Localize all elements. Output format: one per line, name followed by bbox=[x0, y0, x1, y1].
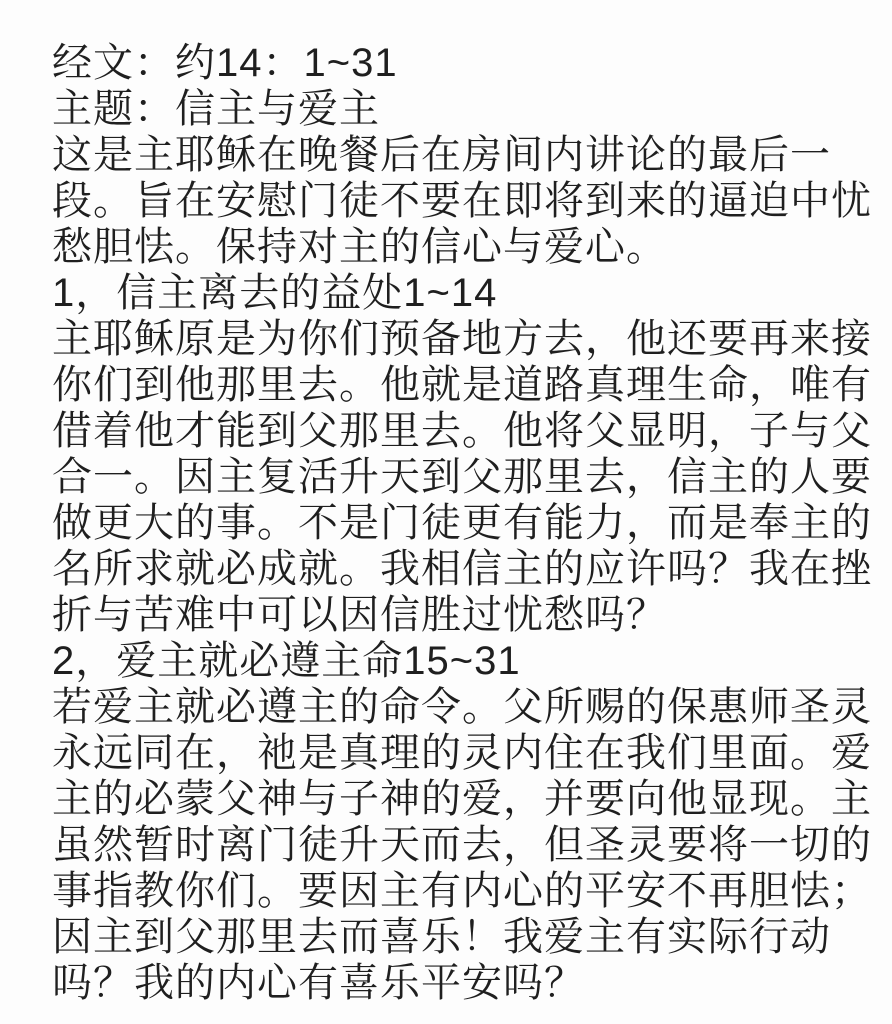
text-line: 做更大的事。不是门徒更有能力，而是奉主的 bbox=[52, 500, 862, 546]
document-page: 经文：约14：1~31主题：信主与爱主这是主耶稣在晚餐后在房间内讲论的最后一段。… bbox=[0, 0, 892, 1024]
text-line: 段。旨在安慰门徒不要在即将到来的逼迫中忧 bbox=[52, 178, 862, 224]
sermon-notes-text: 经文：约14：1~31主题：信主与爱主这是主耶稣在晚餐后在房间内讲论的最后一段。… bbox=[52, 40, 862, 1006]
text-line: 名所求就必成就。我相信主的应许吗？我在挫 bbox=[52, 546, 862, 592]
text-line: 2，爱主就必遵主命15~31 bbox=[52, 638, 862, 684]
text-line: 这是主耶稣在晚餐后在房间内讲论的最后一 bbox=[52, 132, 862, 178]
text-line: 经文：约14：1~31 bbox=[52, 40, 862, 86]
text-line: 合一。因主复活升天到父那里去，信主的人要 bbox=[52, 454, 862, 500]
text-line: 折与苦难中可以因信胜过忧愁吗？ bbox=[52, 592, 862, 638]
text-line: 吗？我的内心有喜乐平安吗？ bbox=[52, 960, 862, 1006]
text-line: 你们到他那里去。他就是道路真理生命，唯有 bbox=[52, 362, 862, 408]
text-line: 1，信主离去的益处1~14 bbox=[52, 270, 862, 316]
text-line: 虽然暂时离门徒升天而去，但圣灵要将一切的 bbox=[52, 822, 862, 868]
text-line: 永远同在，祂是真理的灵内住在我们里面。爱 bbox=[52, 730, 862, 776]
text-line: 因主到父那里去而喜乐！我爱主有实际行动 bbox=[52, 914, 862, 960]
text-line: 愁胆怯。保持对主的信心与爱心。 bbox=[52, 224, 862, 270]
text-line: 主耶稣原是为你们预备地方去，他还要再来接 bbox=[52, 316, 862, 362]
text-line: 主题：信主与爱主 bbox=[52, 86, 862, 132]
text-line: 事指教你们。要因主有内心的平安不再胆怯； bbox=[52, 868, 862, 914]
text-line: 若爱主就必遵主的命令。父所赐的保惠师圣灵 bbox=[52, 684, 862, 730]
text-line: 主的必蒙父神与子神的爱，并要向他显现。主 bbox=[52, 776, 862, 822]
text-line: 借着他才能到父那里去。他将父显明，子与父 bbox=[52, 408, 862, 454]
